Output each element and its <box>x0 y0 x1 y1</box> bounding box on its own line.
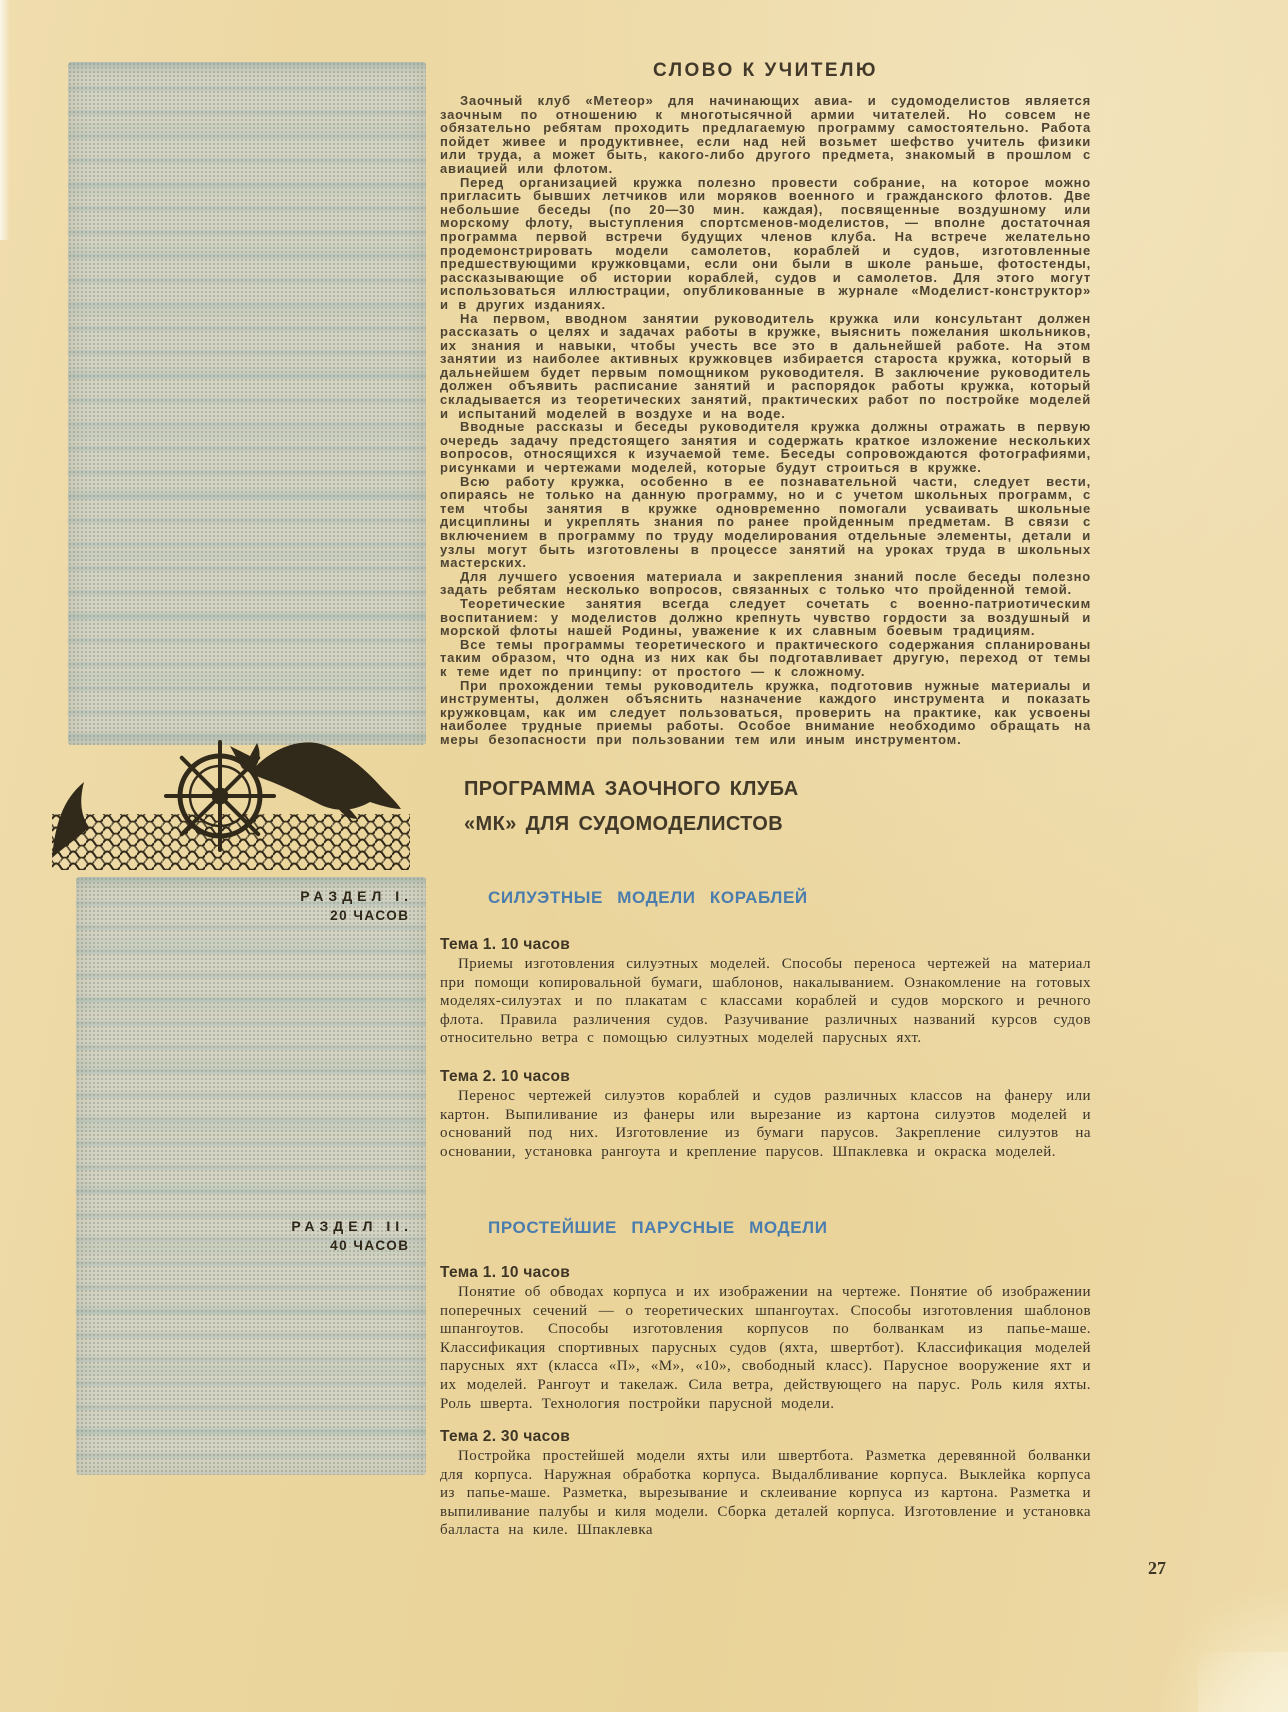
program-heading-line2: «МК» ДЛЯ СУДОМОДЕЛИСТОВ <box>464 807 1104 842</box>
topic-heading: Тема 2. 30 часов <box>440 1428 1090 1446</box>
article-title: СЛОВО К УЧИТЕЛЮ <box>440 60 1091 82</box>
section-1-title: СИЛУЭТНЫЕ МОДЕЛИ КОРАБЛЕЙ <box>488 888 1098 908</box>
section-2-label: РАЗДЕЛ II. 40 ЧАСОВ <box>258 1218 408 1253</box>
section-2-title: ПРОСТЕЙШИЕ ПАРУСНЫЕ МОДЕЛИ <box>488 1218 1098 1238</box>
topic-text: Приемы изготовления силуэтных моделей. С… <box>440 955 1091 1048</box>
intro-paragraph: Для лучшего усвоения материала и закрепл… <box>440 570 1091 597</box>
topic-text: Понятие об обводах корпуса и их изображе… <box>440 1283 1091 1413</box>
section-1-label: РАЗДЕЛ I. 20 ЧАСОВ <box>258 888 408 923</box>
program-heading-line1: ПРОГРАММА ЗАОЧНОГО КЛУБА <box>464 772 1104 807</box>
topic-text: Постройка простейшей модели яхты или шве… <box>440 1447 1091 1540</box>
program-heading: ПРОГРАММА ЗАОЧНОГО КЛУБА «МК» ДЛЯ СУДОМО… <box>464 772 1104 842</box>
intro-paragraph: Всю работу кружка, особенно в ее познава… <box>440 475 1091 570</box>
topic-heading: Тема 1. 10 часов <box>440 1264 1090 1282</box>
magazine-page: СЛОВО К УЧИТЕЛЮ Заочный клуб «Метеор» дл… <box>0 0 1288 1712</box>
topic-text: Перенос чертежей силуэтов кораблей и суд… <box>440 1087 1091 1161</box>
halftone-showthrough-bottom <box>76 877 426 1475</box>
ship-wheel-dolphin-icon <box>52 738 410 870</box>
section-2-name: РАЗДЕЛ II. <box>258 1218 413 1234</box>
halftone-showthrough-top <box>68 62 426 745</box>
intro-paragraph: Теоретические занятия всегда следует соч… <box>440 597 1091 638</box>
intro-paragraph: Перед организацией кружка полезно провес… <box>440 176 1091 312</box>
intro-paragraph: При прохождении темы руководитель кружка… <box>440 679 1091 747</box>
intro-text-column: Заочный клуб «Метеор» для начинающих ави… <box>440 94 1091 747</box>
section-1-hours: 20 ЧАСОВ <box>258 908 410 923</box>
section-2-hours: 40 ЧАСОВ <box>258 1238 410 1253</box>
intro-paragraph: На первом, вводном занятии руководитель … <box>440 312 1091 421</box>
intro-paragraph: Заочный клуб «Метеор» для начинающих ави… <box>440 94 1091 176</box>
topic-heading: Тема 1. 10 часов <box>440 936 1090 954</box>
topic-heading: Тема 2. 10 часов <box>440 1068 1090 1086</box>
intro-paragraph: Все темы программы теоретического и прак… <box>440 638 1091 679</box>
section-1-name: РАЗДЕЛ I. <box>258 888 413 904</box>
ship-wheel-dolphin-illustration <box>52 738 410 870</box>
page-number: 27 <box>1127 1558 1187 1579</box>
intro-paragraph: Вводные рассказы и беседы руководителя к… <box>440 420 1091 474</box>
